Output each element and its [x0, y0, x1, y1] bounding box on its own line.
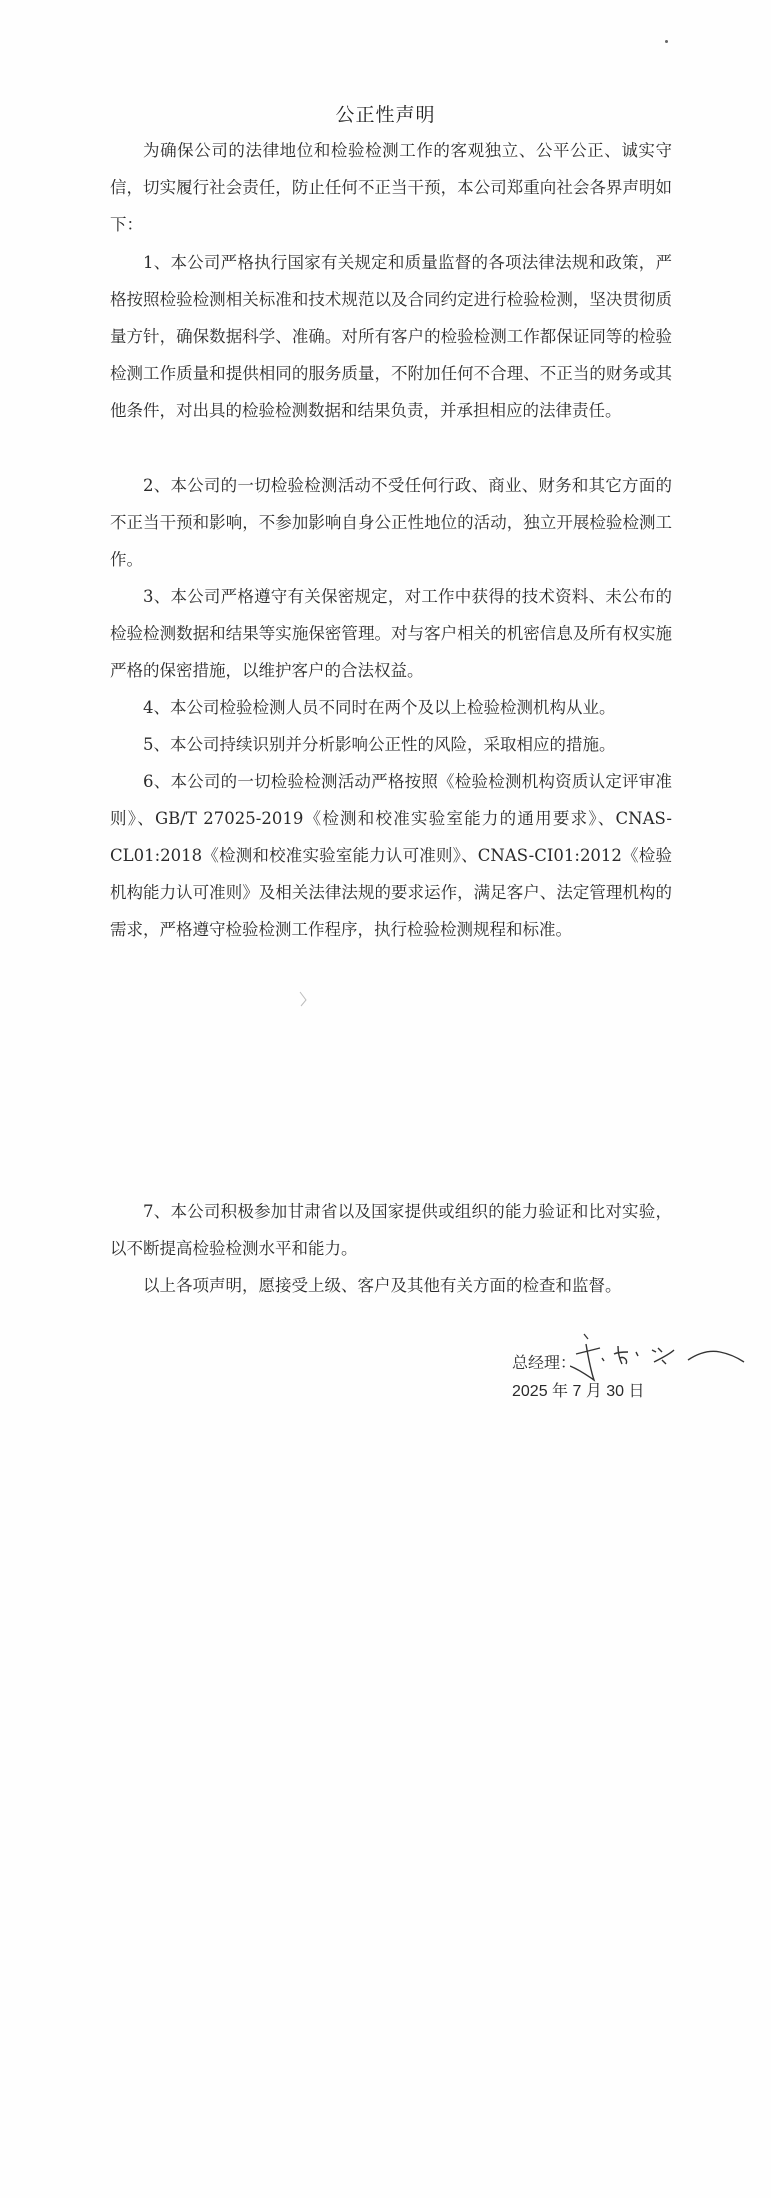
- statement-item-7: 7、本公司积极参加甘肃省以及国家提供或组织的能力验证和比对实验，以不断提高检验检…: [110, 1193, 672, 1267]
- scanned-document-page: 公正性声明 为确保公司的法律地位和检验检测工作的客观独立、公平公正、诚实守信，切…: [0, 0, 771, 2198]
- signature-label: 总经理：: [512, 1350, 576, 1373]
- statement-item-6: 6、本公司的一切检验检测活动严格按照《检验检测机构资质认定评审准则》、GB/T …: [110, 763, 672, 948]
- statement-item-4: 4、本公司检验检测人员不同时在两个及以上检验检测机构从业。: [110, 689, 672, 726]
- closing-paragraph: 以上各项声明，愿接受上级、客户及其他有关方面的检查和监督。: [110, 1267, 672, 1304]
- scan-dot-mark: [665, 40, 668, 43]
- signature-date: 2025 年 7 月 30 日: [512, 1378, 645, 1401]
- statement-item-1: 1、本公司严格执行国家有关规定和质量监督的各项法律法规和政策，严格按照检验检测相…: [110, 244, 672, 429]
- statement-item-5: 5、本公司持续识别并分析影响公正性的风险，采取相应的措施。: [110, 726, 672, 763]
- signature-block: 总经理： 2025 年 7 月 30 日: [512, 1330, 762, 1410]
- statement-item-2: 2、本公司的一切检验检测活动不受任何行政、商业、财务和其它方面的不正当干预和影响…: [110, 467, 672, 578]
- intro-paragraph: 为确保公司的法律地位和检验检测工作的客观独立、公平公正、诚实守信，切实履行社会责…: [110, 132, 672, 243]
- document-title: 公正性声明: [0, 100, 771, 127]
- scan-mark-icon: [298, 990, 310, 1010]
- statement-item-3: 3、本公司严格遵守有关保密规定，对工作中获得的技术资料、未公布的检验检测数据和结…: [110, 578, 672, 689]
